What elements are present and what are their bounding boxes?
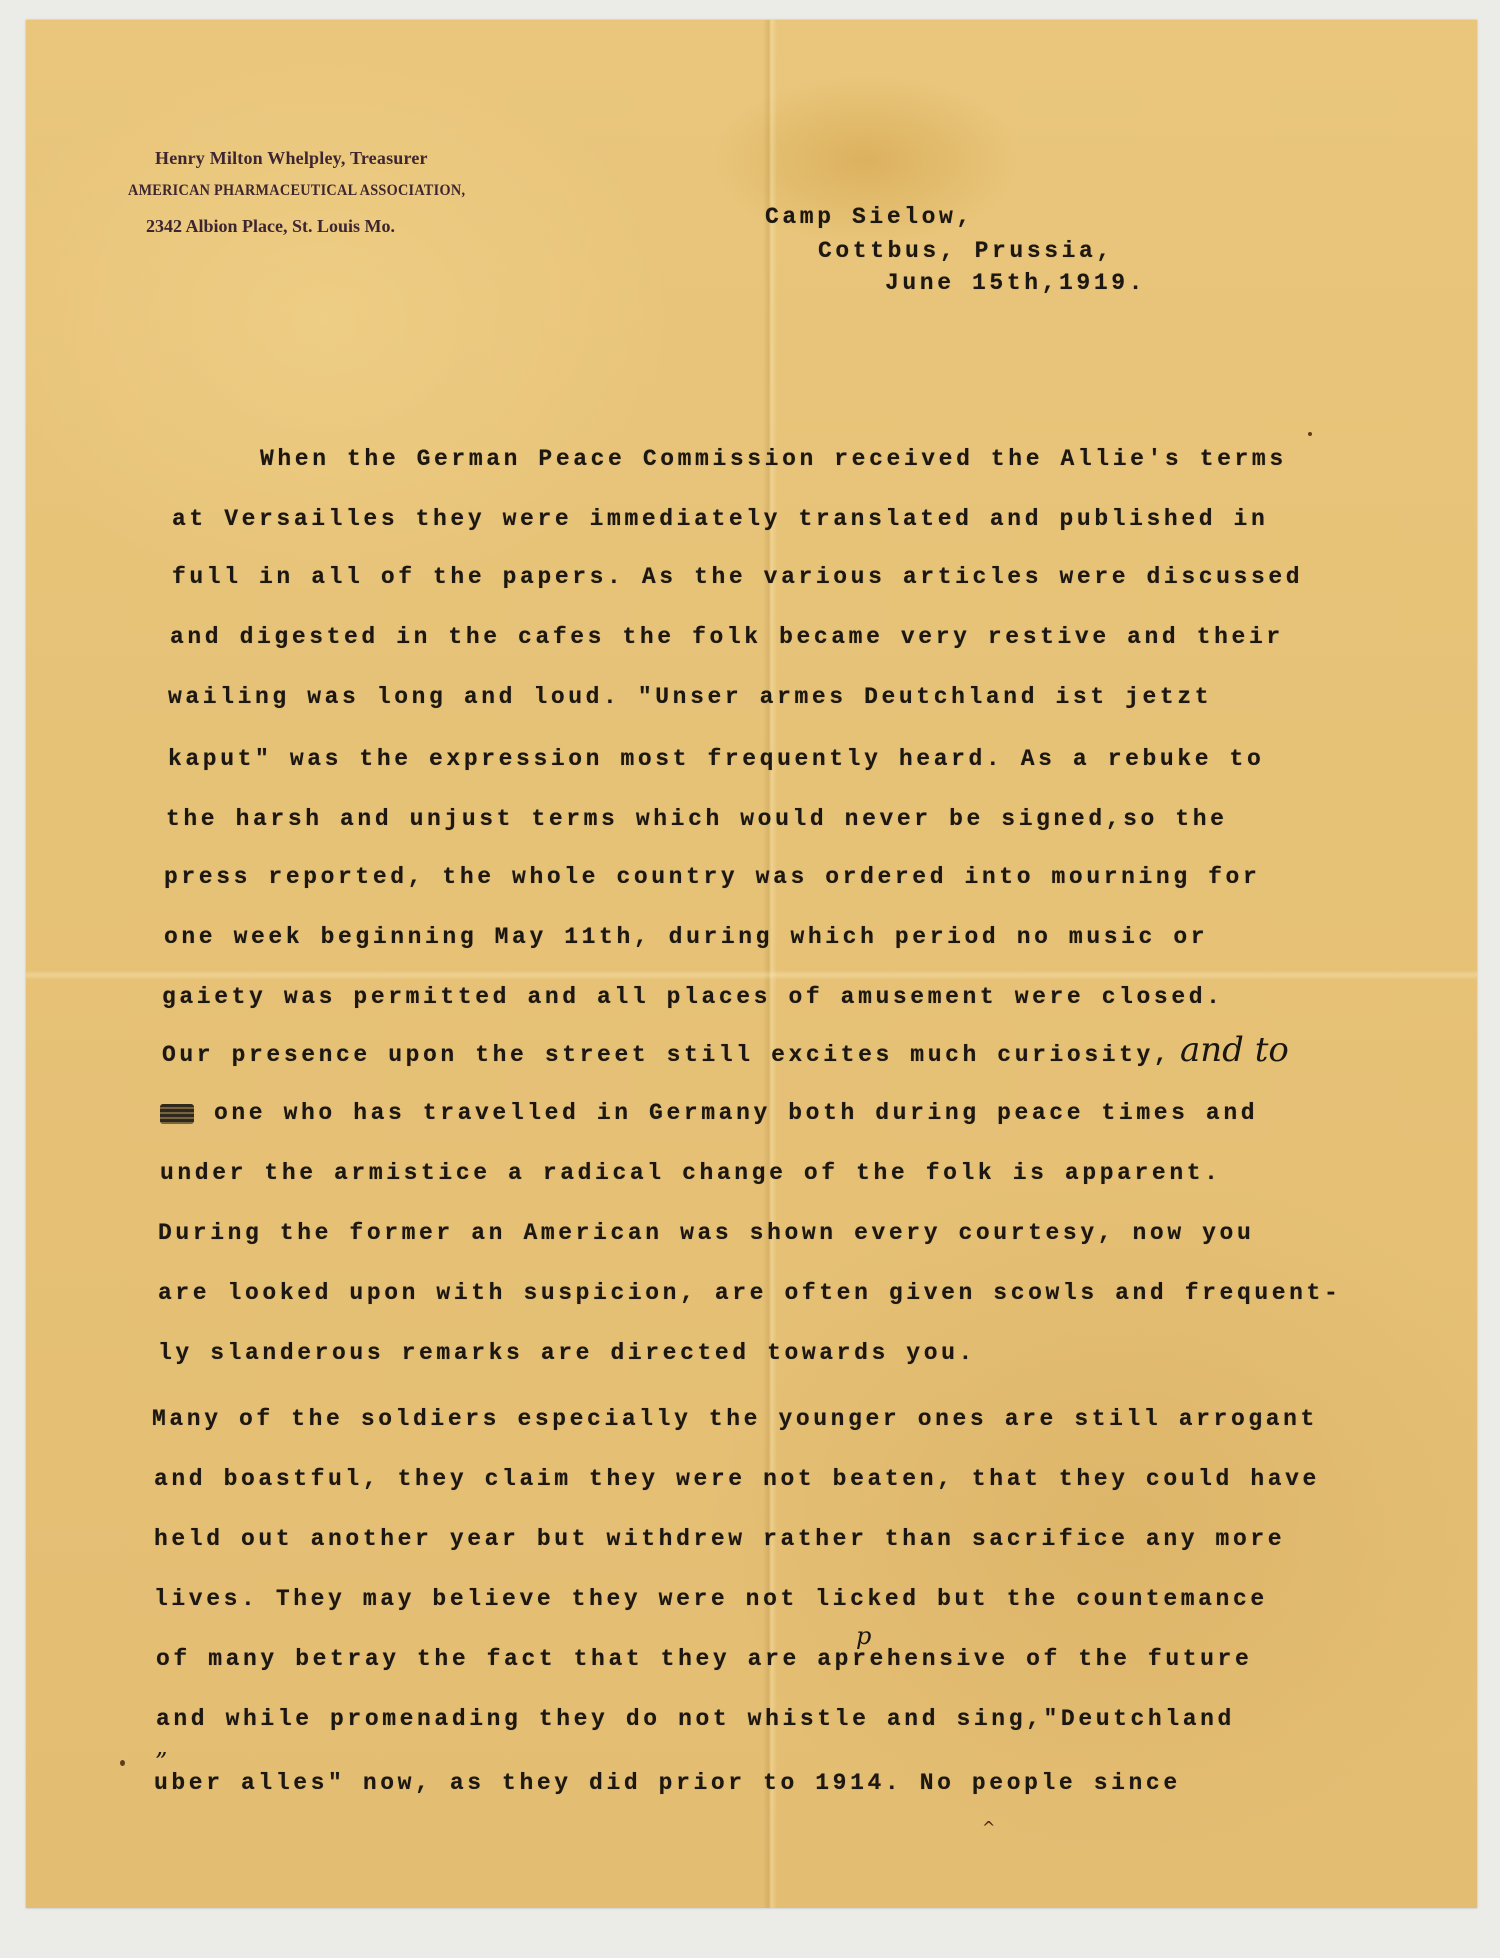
body-line: gaiety was permitted and all places of a… [162, 986, 1224, 1009]
body-line: and digested in the cafes the folk becam… [170, 626, 1284, 649]
paper-speck [1308, 432, 1312, 436]
body-line: full in all of the papers. As the variou… [172, 566, 1303, 589]
horizontal-fold-crease [26, 970, 1477, 980]
body-line: Our presence upon the street still excit… [162, 1044, 1171, 1067]
body-line: and boastful, they claim they were not b… [154, 1468, 1320, 1491]
body-line: held out another year but withdrew rathe… [154, 1528, 1285, 1551]
letterhead-name: Henry Milton Whelpley, Treasurer [155, 148, 428, 169]
insertion-caret: ^ [982, 1818, 995, 1837]
body-line: uber alles" now, as they did prior to 19… [154, 1772, 1181, 1795]
body-line: under the armistice a radical change of … [160, 1162, 1222, 1185]
body-line: kaput" was the expression most frequentl… [168, 748, 1264, 771]
vertical-fold-crease [763, 20, 777, 1908]
letterhead-address: 2342 Albion Place, St. Louis Mo. [146, 216, 395, 237]
body-line: lives. They may believe they were not li… [154, 1588, 1268, 1611]
body-line: Many of the soldiers especially the youn… [152, 1408, 1318, 1431]
body-line: ly slanderous remarks are directed towar… [158, 1342, 976, 1365]
body-line: When the German Peace Commission receive… [260, 448, 1287, 471]
handwritten-insertion: and to [1180, 1030, 1289, 1070]
body-line: one week beginning May 11th, during whic… [164, 926, 1208, 949]
body-line: one who has travelled in Germany both du… [214, 1102, 1258, 1125]
dateline-place: Camp Sielow, [765, 206, 974, 229]
body-line: and while promenading they do not whistl… [156, 1708, 1235, 1731]
body-line: press reported, the whole country was or… [164, 866, 1260, 889]
body-line: are looked upon with suspicion, are ofte… [158, 1282, 1341, 1305]
struck-out-word [160, 1104, 194, 1124]
dateline-date: June 15th,1919. [885, 272, 1146, 295]
letterhead-organization: AMERICAN PHARMACEUTICAL ASSOCIATION, [128, 182, 465, 200]
dateline-region: Cottbus, Prussia, [818, 240, 1114, 263]
body-line: During the former an American was shown … [158, 1222, 1254, 1245]
body-line: at Versailles they were immediately tran… [172, 508, 1268, 531]
body-line: wailing was long and loud. "Unser armes … [168, 686, 1212, 709]
body-line: the harsh and unjust terms which would n… [166, 808, 1228, 831]
paper-speck [120, 1760, 125, 1766]
letter-paper [26, 20, 1477, 1908]
body-line: of many betray the fact that they are ap… [156, 1648, 1252, 1671]
